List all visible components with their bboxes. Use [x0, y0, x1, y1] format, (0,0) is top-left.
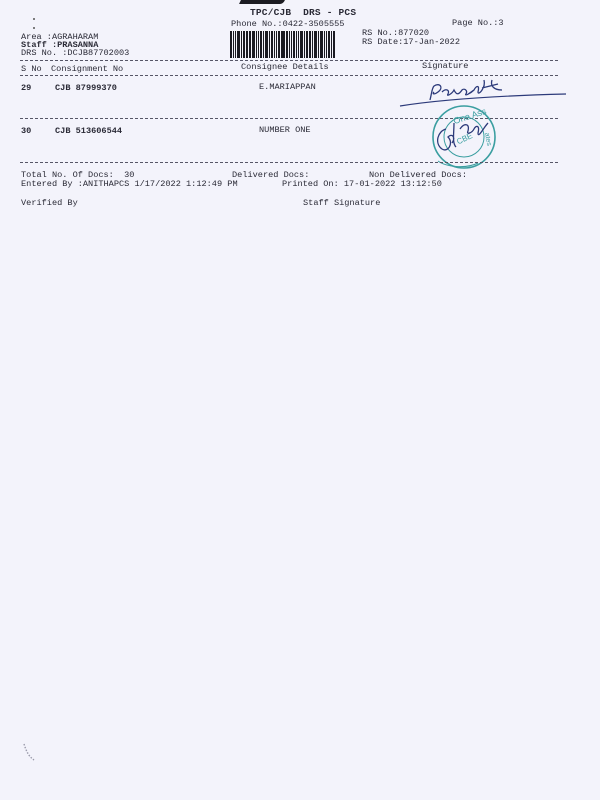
document-title: TPC/CJB DRS - PCS: [250, 7, 356, 18]
scan-smudge: [20, 740, 50, 768]
column-header-signature: Signature: [422, 61, 468, 71]
drs-number: DRS No. :DCJB87702003: [21, 48, 129, 58]
scan-mark: [239, 0, 285, 4]
column-header-consignment: Consignment No: [51, 64, 123, 74]
column-header-consignee: Consignee Details: [241, 62, 329, 72]
rs-date: RS Date:17-Jan-2022: [362, 37, 460, 47]
barcode-icon: [230, 31, 336, 58]
company-stamp-icon: One Ass ates CBE: [428, 103, 496, 171]
column-header-sno: S No: [21, 64, 42, 74]
row-consignment: CJB 87999370: [55, 83, 117, 93]
verified-by: Verified By: [21, 198, 78, 208]
row-sno: 29: [21, 83, 31, 93]
svg-text:One Ass: One Ass: [452, 106, 488, 126]
svg-text:ates: ates: [483, 132, 492, 147]
svg-text:CBE: CBE: [455, 131, 474, 146]
page-number: Page No.:3: [452, 18, 504, 28]
divider: [20, 60, 558, 61]
row-sno: 30: [21, 126, 31, 136]
entered-by: Entered By :ANITHAPCS 1/17/2022 1:12:49 …: [21, 179, 238, 189]
scan-dot: [33, 27, 35, 29]
divider: [20, 162, 558, 163]
divider: [20, 75, 558, 76]
printed-on: Printed On: 17-01-2022 13:12:50: [282, 179, 442, 189]
row-consignment: CJB 513606544: [55, 126, 122, 136]
staff-signature: Staff Signature: [303, 198, 380, 208]
phone-number: Phone No.:0422-3505555: [231, 19, 344, 29]
scan-dot: [33, 18, 35, 20]
row-consignee: NUMBER ONE: [259, 125, 311, 135]
row-consignee: E.MARIAPPAN: [259, 82, 316, 92]
